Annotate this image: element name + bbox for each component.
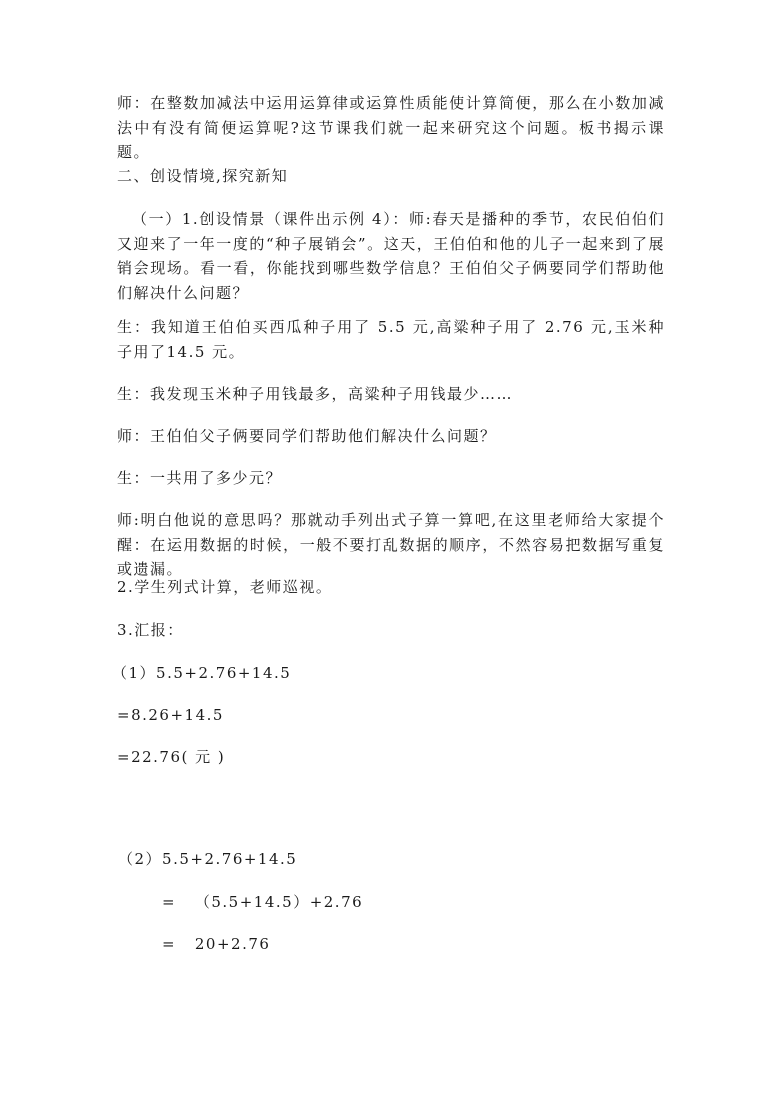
teacher-intro-paragraph: 师：在整数加减法中运用运算律或运算性质能使计算简便，那么在小数加减法中有没有简便…	[117, 91, 665, 165]
method2-step2: = 20+2.76	[162, 932, 270, 956]
step-3-line: 3.汇报：	[117, 618, 184, 642]
method2-step1: = （5.5+14.5）+2.76	[162, 890, 363, 914]
section-heading: 二、创设情境,探究新知	[117, 164, 288, 188]
method1-step1: =8.26+14.5	[117, 703, 224, 727]
document-page: 师：在整数加减法中运用运算律或运算性质能使计算简便，那么在小数加减法中有没有简便…	[0, 0, 780, 1103]
method2-expression: （2）5.5+2.76+14.5	[118, 847, 297, 871]
method1-expression: （1）5.5+2.76+14.5	[112, 661, 291, 685]
method1-result: =22.76( 元 )	[117, 745, 225, 769]
step-2-line: 2.学生列式计算，老师巡视。	[117, 575, 332, 599]
teacher-reminder-paragraph: 师:明白他说的意思吗？那就动手列出式子算一算吧,在这里老师给大家提个醒：在运用数…	[117, 508, 665, 582]
teacher-question-line: 师：王伯伯父子俩要同学们帮助他们解决什么问题？	[117, 424, 497, 448]
student-observation-line: 生：我发现玉米种子用钱最多，高粱种子用钱最少……	[117, 382, 513, 406]
student-question-line: 生：一共用了多少元？	[117, 466, 282, 490]
student-info-paragraph: 生：我知道王伯伯买西瓜种子用了 5.5 元,高粱种子用了 2.76 元,玉米种子…	[117, 315, 665, 364]
scenario-paragraph: （一）1.创设情景（课件出示例 4）：师:春天是播种的季节，农民伯伯们又迎来了一…	[117, 207, 665, 305]
